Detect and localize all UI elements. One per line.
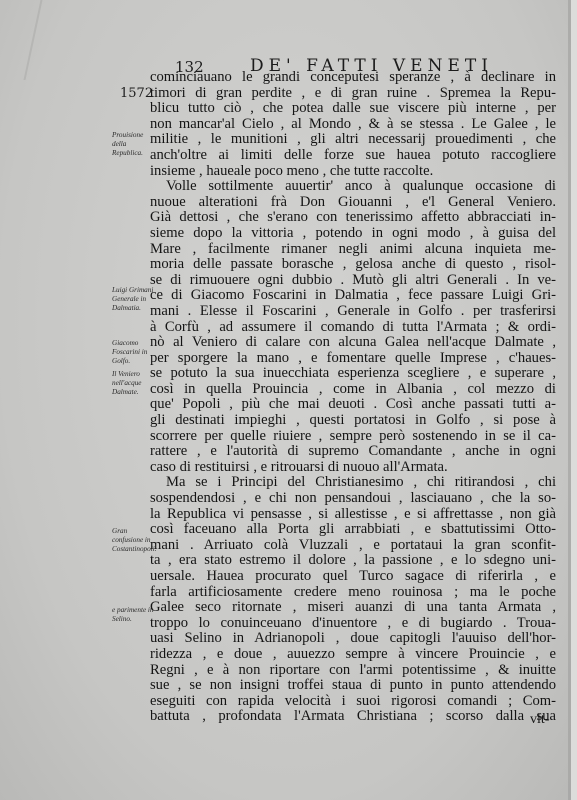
text-line: la Republica vi pensasse , si allestisse… bbox=[150, 507, 556, 523]
text-line: sospendendosi , e chi non pensandoui , l… bbox=[150, 491, 556, 507]
text-line: Regni , e à non riportare con l'armi pot… bbox=[150, 663, 556, 679]
text-line: rattere , e l'autorità di supremo Comand… bbox=[150, 444, 556, 460]
text-line: nò al Veniero di calare con alcuna Galea… bbox=[150, 335, 556, 351]
text-line: ce di Giacomo Foscarini in Dalmatia , fe… bbox=[150, 288, 556, 304]
text-line: troppo lo conuinceuano d'inuentore , e d… bbox=[150, 616, 556, 632]
margin-note: Il Veniero nell'acque Dalmate. bbox=[112, 370, 154, 397]
text-line: à Corfù , ad assumere il comando di tutt… bbox=[150, 320, 556, 336]
text-line: mani . Elesse il Foscarini , Generale in… bbox=[150, 304, 556, 320]
page-crease bbox=[0, 0, 43, 80]
text-line: ridezza , e doue , auuezzo sempre à vinc… bbox=[150, 647, 556, 663]
margin-note: e parimente in Selino. bbox=[112, 606, 154, 624]
margin-note: Luigi Grimani Generale in Dalmatia. bbox=[112, 286, 154, 313]
text-line: sieme dopo la vittoria , potendo in ogni… bbox=[150, 226, 556, 242]
text-line: moria delle passate borasche , gelosa an… bbox=[150, 257, 556, 273]
text-line: uersale. Hauea procurato quel Turco saga… bbox=[150, 569, 556, 585]
text-line: Già dettosi , che s'erano con tenerissim… bbox=[150, 210, 556, 226]
text-line: sue , se non insigni troffei staua di pu… bbox=[150, 678, 556, 694]
text-line: blicu tutto ciò , che potea dalle sue vi… bbox=[150, 101, 556, 117]
text-line: per sporgere la mano , e fomentare quell… bbox=[150, 351, 556, 367]
text-line: Mare , facilmente rimaner negli animi al… bbox=[150, 242, 556, 258]
text-line: uasi Selino in Adrianopoli , doue capito… bbox=[150, 631, 556, 647]
book-page: 132 DE' FATTI VENETI 1572 Prouisione del… bbox=[0, 0, 577, 800]
text-line: anch'oltre ai limiti delle forze sue hau… bbox=[150, 148, 556, 164]
text-line: gli destinati impieghi , questi portatos… bbox=[150, 413, 556, 429]
text-line: Volle sottilmente auuertir' anco à qualu… bbox=[150, 179, 556, 195]
text-line: insieme , haueale poco meno , che tutte … bbox=[150, 164, 556, 180]
body-text: cominciauano le grandi conceputesi spera… bbox=[150, 70, 556, 725]
text-line: eseguiti con rapida velocità i suoi rigo… bbox=[150, 694, 556, 710]
text-line: militie , le munitioni , gli altri neces… bbox=[150, 132, 556, 148]
margin-note: Prouisione della Republica. bbox=[112, 131, 154, 158]
text-line: ta , era stato estremo il dolore , la pa… bbox=[150, 553, 556, 569]
text-line: scorrere per quelle riuiere , sempre per… bbox=[150, 429, 556, 445]
text-line: battuta , profondata l'Armata Christiana… bbox=[150, 709, 556, 725]
text-line: timori di gran perdite , e di gran ruine… bbox=[150, 86, 556, 102]
text-line: cominciauano le grandi conceputesi spera… bbox=[150, 70, 556, 86]
margin-note: Giacomo Foscarini in Golfo. bbox=[112, 339, 154, 366]
text-line: nuoue alterationi frà Don Giouanni , e'l… bbox=[150, 195, 556, 211]
text-line: que' Popoli , più che mai deuoti . Così … bbox=[150, 397, 556, 413]
text-line: così in quella Prouincia , come in Alban… bbox=[150, 382, 556, 398]
text-line: se di rimuouere ogni dubbio . Mutò gli a… bbox=[150, 273, 556, 289]
margin-year: 1572 bbox=[120, 86, 153, 101]
catchword: vit- bbox=[530, 712, 549, 728]
text-line: mani . Arriuato colà Vluzzali , e portat… bbox=[150, 538, 556, 554]
text-line: caso di restituirsi , e ritrouarsi di nu… bbox=[150, 460, 556, 476]
text-line: così faceuano alla Porta gli arrabbiati … bbox=[150, 522, 556, 538]
page-edge bbox=[571, 0, 577, 800]
text-line: non mancar'al Cielo , al Mondo , & à se … bbox=[150, 117, 556, 133]
text-line: Galee seco ritornate , miseri auanzi di … bbox=[150, 600, 556, 616]
text-line: se potuto la sua inuecchiata esperienza … bbox=[150, 366, 556, 382]
text-line: farla artificiosamente credere meno roui… bbox=[150, 585, 556, 601]
margin-note: Gran confusione in Costantinopoli. bbox=[112, 527, 154, 554]
text-line: Ma se i Principi del Christianesimo , ch… bbox=[150, 475, 556, 491]
